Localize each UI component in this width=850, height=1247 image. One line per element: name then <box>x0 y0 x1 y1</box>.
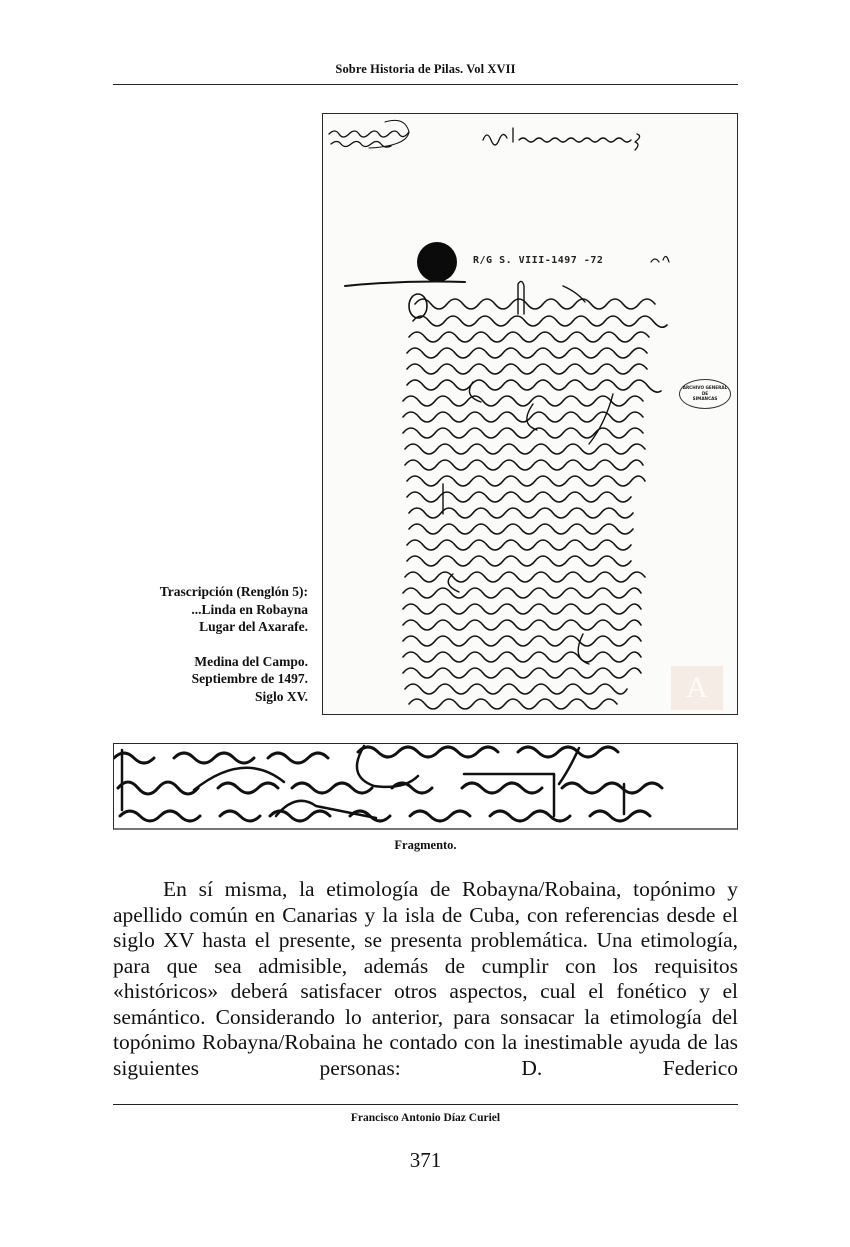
running-header-title: Sobre Historia de Pilas. Vol XVII <box>113 62 738 77</box>
stamp-line: SIMANCAS <box>680 396 730 402</box>
caption-line: Septiembre de 1497. <box>100 670 308 688</box>
handwriting-scan <box>323 114 738 715</box>
footer-author: Francisco Antonio Díaz Curiel <box>113 1112 738 1124</box>
caption-line: Lugar del Axarafe. <box>100 618 308 636</box>
header-rule <box>113 84 738 85</box>
fragment-image <box>113 743 738 830</box>
archive-stamp: ARCHIVO GENERAL DE SIMANCAS <box>679 379 731 409</box>
body-text: En sí misma, la etimología de Robayna/Ro… <box>113 877 738 1081</box>
caption-line: Medina del Campo. <box>100 653 308 671</box>
page-number: 371 <box>113 1148 738 1173</box>
footer-rule <box>113 1104 738 1105</box>
watermark-logo: A <box>671 666 723 710</box>
archive-signature: R/G S. VIII-1497 -72 <box>473 255 603 266</box>
figure-caption: Trascripción (Renglón 5): ...Linda en Ro… <box>100 583 308 705</box>
manuscript-image: R/G S. VIII-1497 -72 ARCHIVO GENERAL DE … <box>322 113 738 715</box>
fragment-handwriting <box>114 744 738 830</box>
caption-line: Trascripción (Renglón 5): <box>100 583 308 601</box>
caption-line: Siglo XV. <box>100 688 308 706</box>
caption-line: ...Linda en Robayna <box>100 601 308 619</box>
caption-gap <box>100 636 308 653</box>
body-paragraph: En sí misma, la etimología de Robayna/Ro… <box>113 877 738 1081</box>
stamp-line: ARCHIVO GENERAL <box>680 385 730 391</box>
fragment-caption: Fragmento. <box>113 838 738 853</box>
